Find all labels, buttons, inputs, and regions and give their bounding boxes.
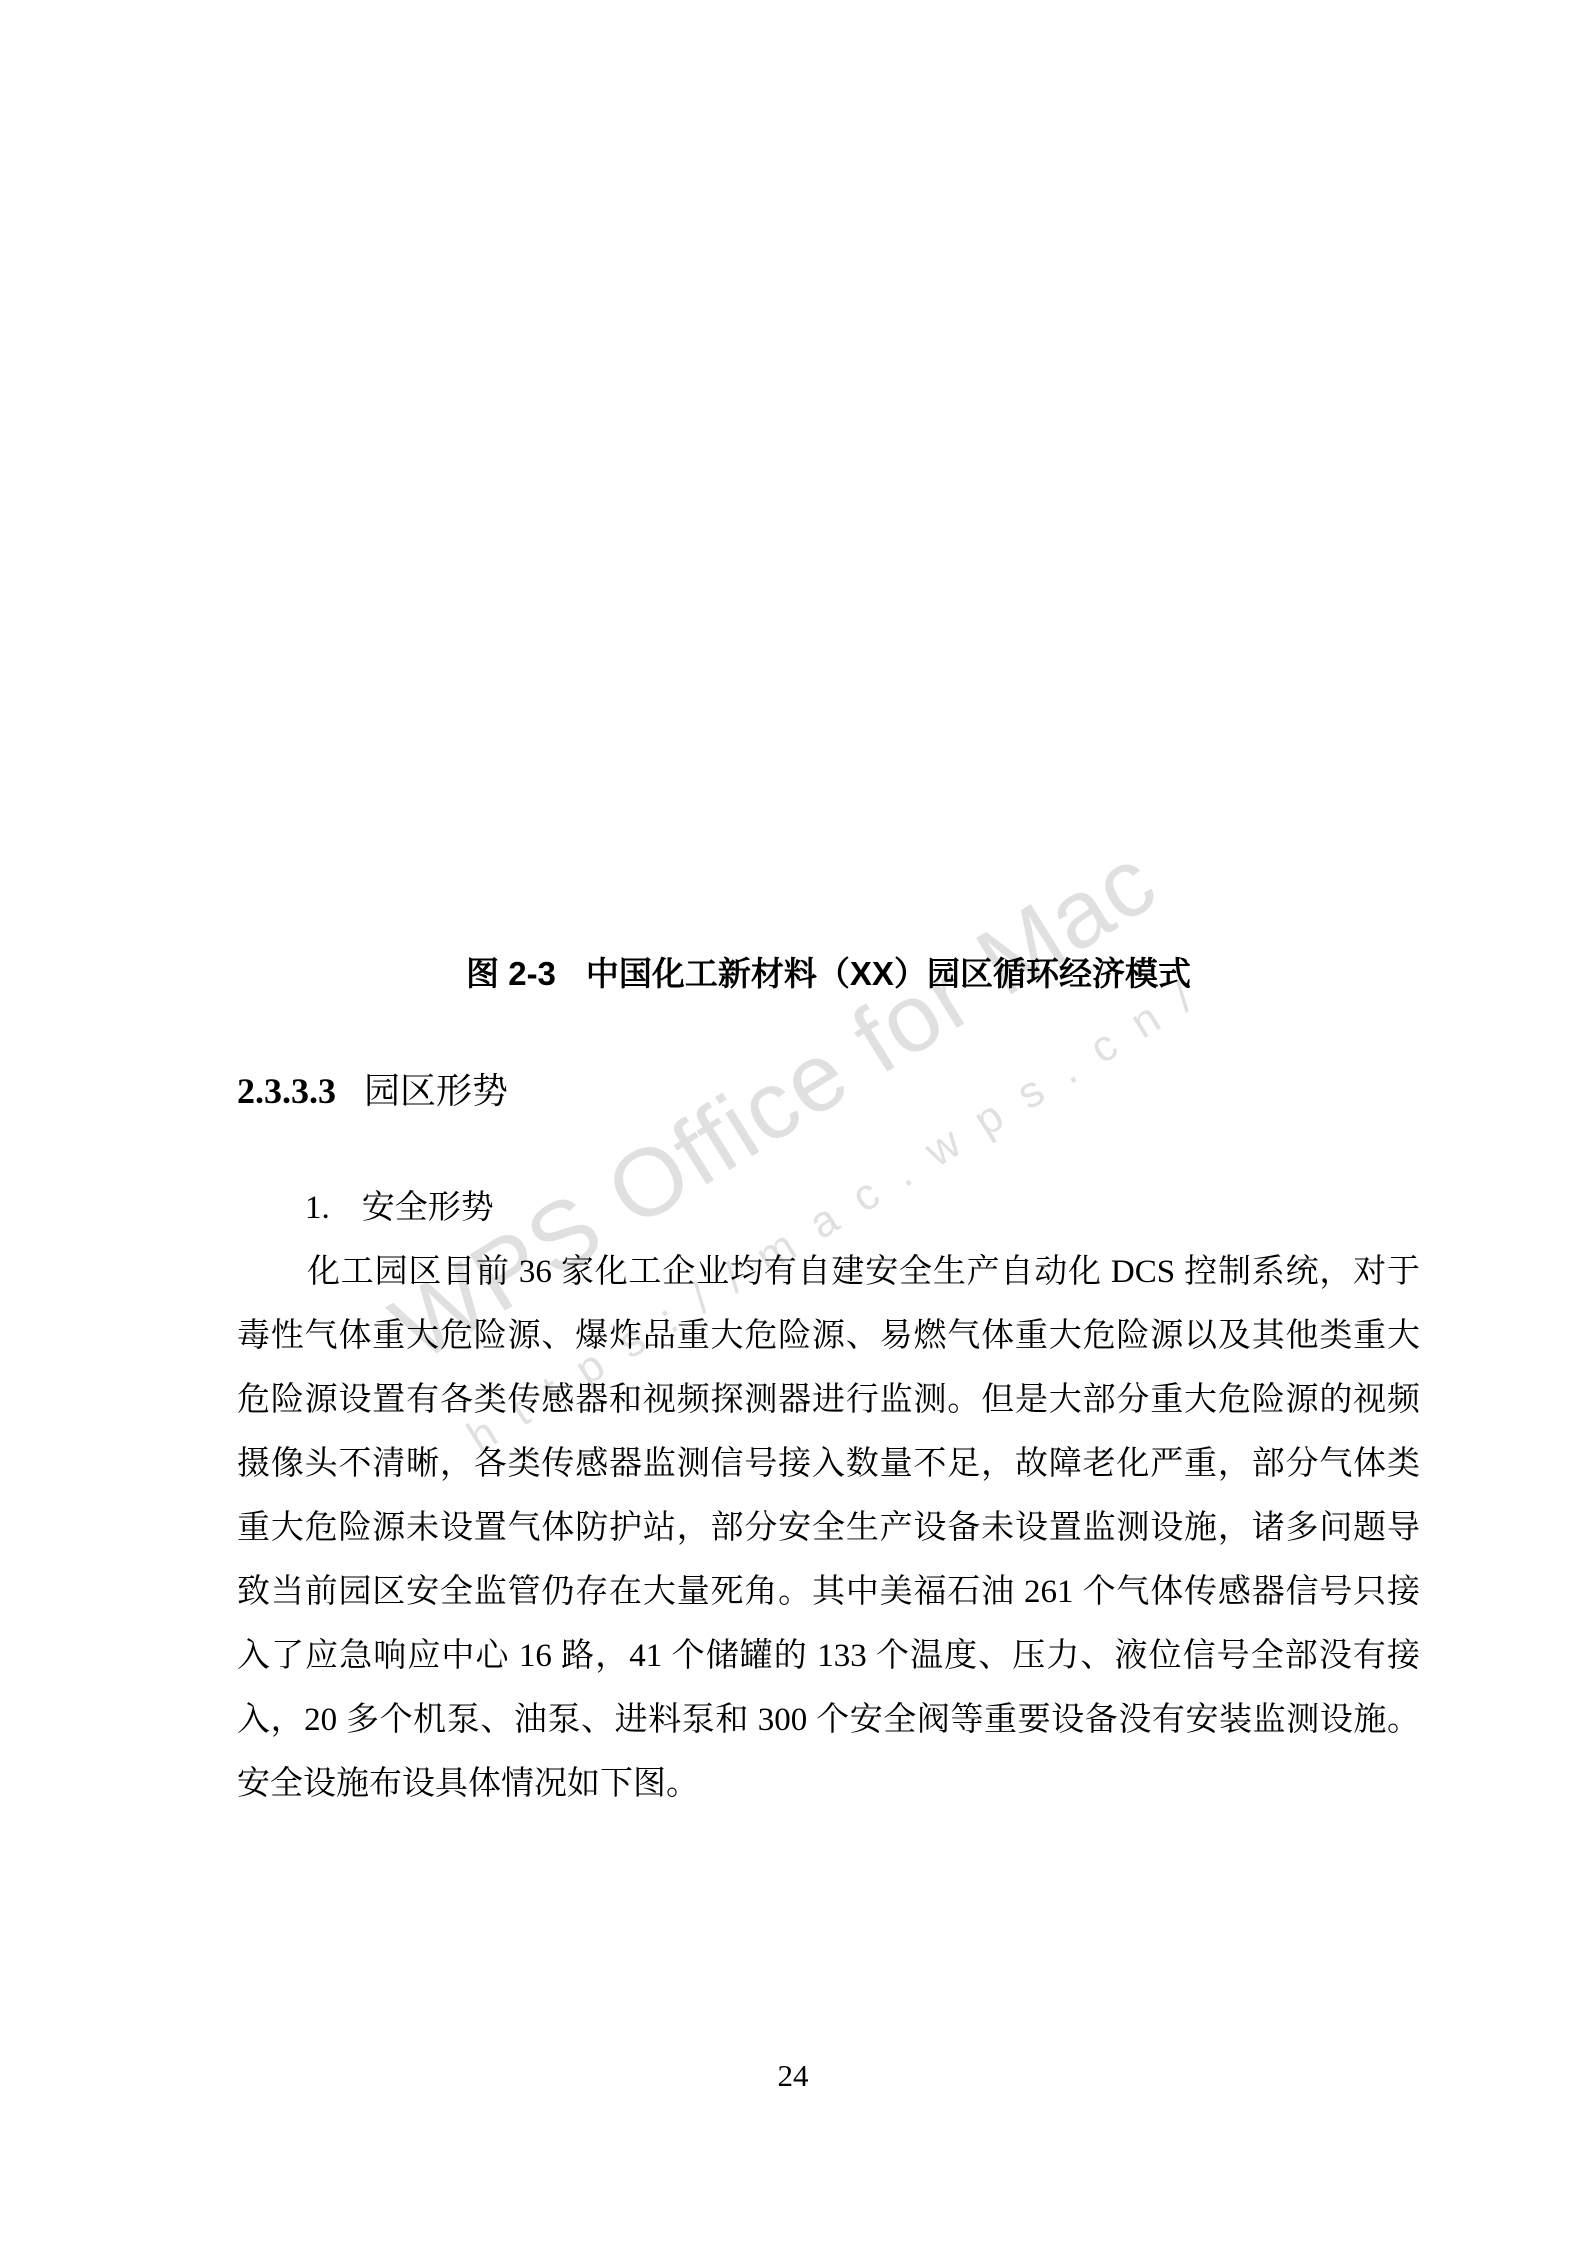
- paragraph-line: 入，20 多个机泵、油泵、进料泵和 300 个安全阀等重要设备没有安装监测设施。: [237, 1688, 1420, 1752]
- document-page: WPS Office for Mac https://mac.wps.cn/ 图…: [0, 0, 1586, 2244]
- numbered-list-item: 1.安全形势: [237, 1186, 494, 1230]
- figure-caption-title: 中国化工新材料（XX）园区循环经济模式: [586, 955, 1191, 992]
- paragraph-line: 安全设施布设具体情况如下图。: [237, 1752, 1420, 1816]
- paragraph-line: 入了应急响应中心 16 路，41 个储罐的 133 个温度、压力、液位信号全部没…: [237, 1624, 1420, 1688]
- paragraph-line: 危险源设置有各类传感器和视频探测器进行监测。但是大部分重大危险源的视频: [237, 1368, 1420, 1432]
- paragraph-line: 摄像头不清晰，各类传感器监测信号接入数量不足，故障老化严重，部分气体类: [237, 1432, 1420, 1496]
- paragraph-line: 重大危险源未设置气体防护站，部分安全生产设备未设置监测设施，诸多问题导: [237, 1496, 1420, 1560]
- paragraph-line: 毒性气体重大危险源、爆炸品重大危险源、易燃气体重大危险源以及其他类重大: [237, 1304, 1420, 1368]
- figure-caption-label: 图 2-3: [466, 955, 556, 992]
- page-content: 图 2-3中国化工新材料（XX）园区循环经济模式 2.3.3.3园区形势 1.安…: [0, 0, 1586, 2244]
- section-heading-number: 2.3.3.3: [237, 1071, 336, 1111]
- paragraph-line: 化工园区目前 36 家化工企业均有自建安全生产自动化 DCS 控制系统，对于: [237, 1240, 1420, 1304]
- paragraph-line: 致当前园区安全监管仍存在大量死角。其中美福石油 261 个气体传感器信号只接: [237, 1560, 1420, 1624]
- list-item-number: 1.: [305, 1190, 330, 1226]
- list-item-title: 安全形势: [362, 1190, 494, 1226]
- section-heading-title: 园区形势: [364, 1071, 508, 1111]
- section-heading: 2.3.3.3园区形势: [237, 1068, 508, 1114]
- figure-caption: 图 2-3中国化工新材料（XX）园区循环经济模式: [237, 952, 1420, 996]
- page-number: 24: [0, 2056, 1586, 2096]
- body-paragraph: 化工园区目前 36 家化工企业均有自建安全生产自动化 DCS 控制系统，对于 毒…: [237, 1240, 1420, 1816]
